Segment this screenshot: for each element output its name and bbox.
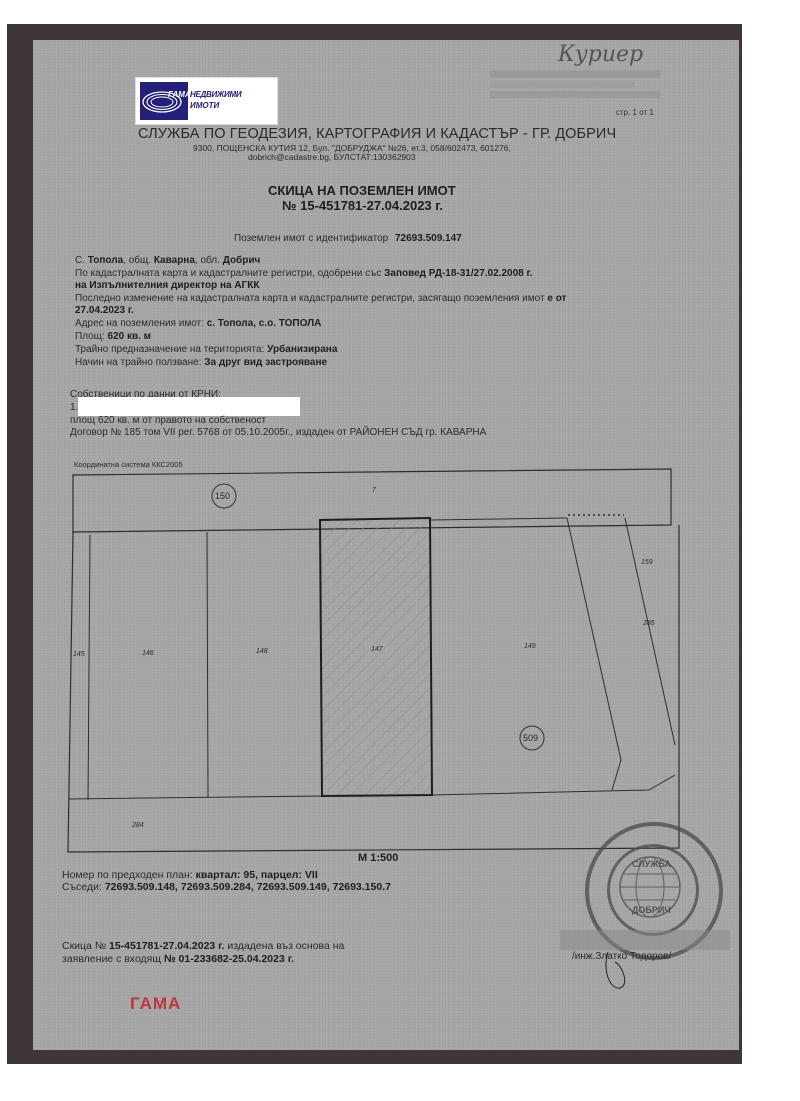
- map-scale: М 1:500: [358, 852, 398, 864]
- issued-text: Скица №: [62, 940, 106, 952]
- stamp-center-bottom: ДОБРИЧ: [632, 905, 671, 915]
- quarter-label-150: 150: [215, 491, 230, 501]
- parcel-label-7: 7: [372, 487, 376, 494]
- stamp-shade: [560, 930, 730, 950]
- neighbours-row: Съседи: 72693.509.148, 72693.509.284, 72…: [62, 881, 391, 893]
- parcel-label-146: 146: [142, 650, 154, 657]
- neighbours-value: 72693.509.148, 72693.509.284, 72693.509.…: [105, 881, 391, 893]
- issued-basis: издадена въз основа на: [227, 940, 344, 952]
- application-row: заявление с входящ № 01-233682-25.04.202…: [62, 953, 294, 965]
- parcel-label-148: 148: [256, 648, 268, 655]
- previous-plan-row: Номер по предходен план: квартал: 95, па…: [62, 869, 318, 881]
- issued-number: 15-451781-27.04.2023 г.: [109, 940, 224, 952]
- application-number: № 01-233682-25.04.2023 г.: [164, 953, 294, 965]
- issued-row: Скица № 15-451781-27.04.2023 г. издадена…: [62, 940, 344, 952]
- application-text: заявление с входящ: [62, 953, 161, 965]
- neighbours-label: Съседи:: [62, 881, 102, 893]
- parcel-label-159: 159: [641, 559, 653, 566]
- quarter-label-509: 509: [523, 733, 538, 743]
- parcel-label-284: 284: [132, 822, 144, 829]
- parcel-label-145: 145: [73, 651, 85, 658]
- previous-plan-label: Номер по предходен план:: [62, 869, 193, 881]
- parcel-label-285: 285: [643, 620, 655, 627]
- previous-plan-value: квартал: 95, парцел: VII: [196, 869, 318, 881]
- parcel-label-147: 147: [371, 646, 383, 653]
- parcel-label-149: 149: [524, 643, 536, 650]
- stamp-center-top: СЛУЖБА: [632, 859, 671, 869]
- signature-icon: [600, 950, 640, 995]
- gama-watermark: ГАМА: [130, 994, 181, 1014]
- stamp-globe-icon: СЛУЖБА ДОБРИЧ: [607, 844, 699, 936]
